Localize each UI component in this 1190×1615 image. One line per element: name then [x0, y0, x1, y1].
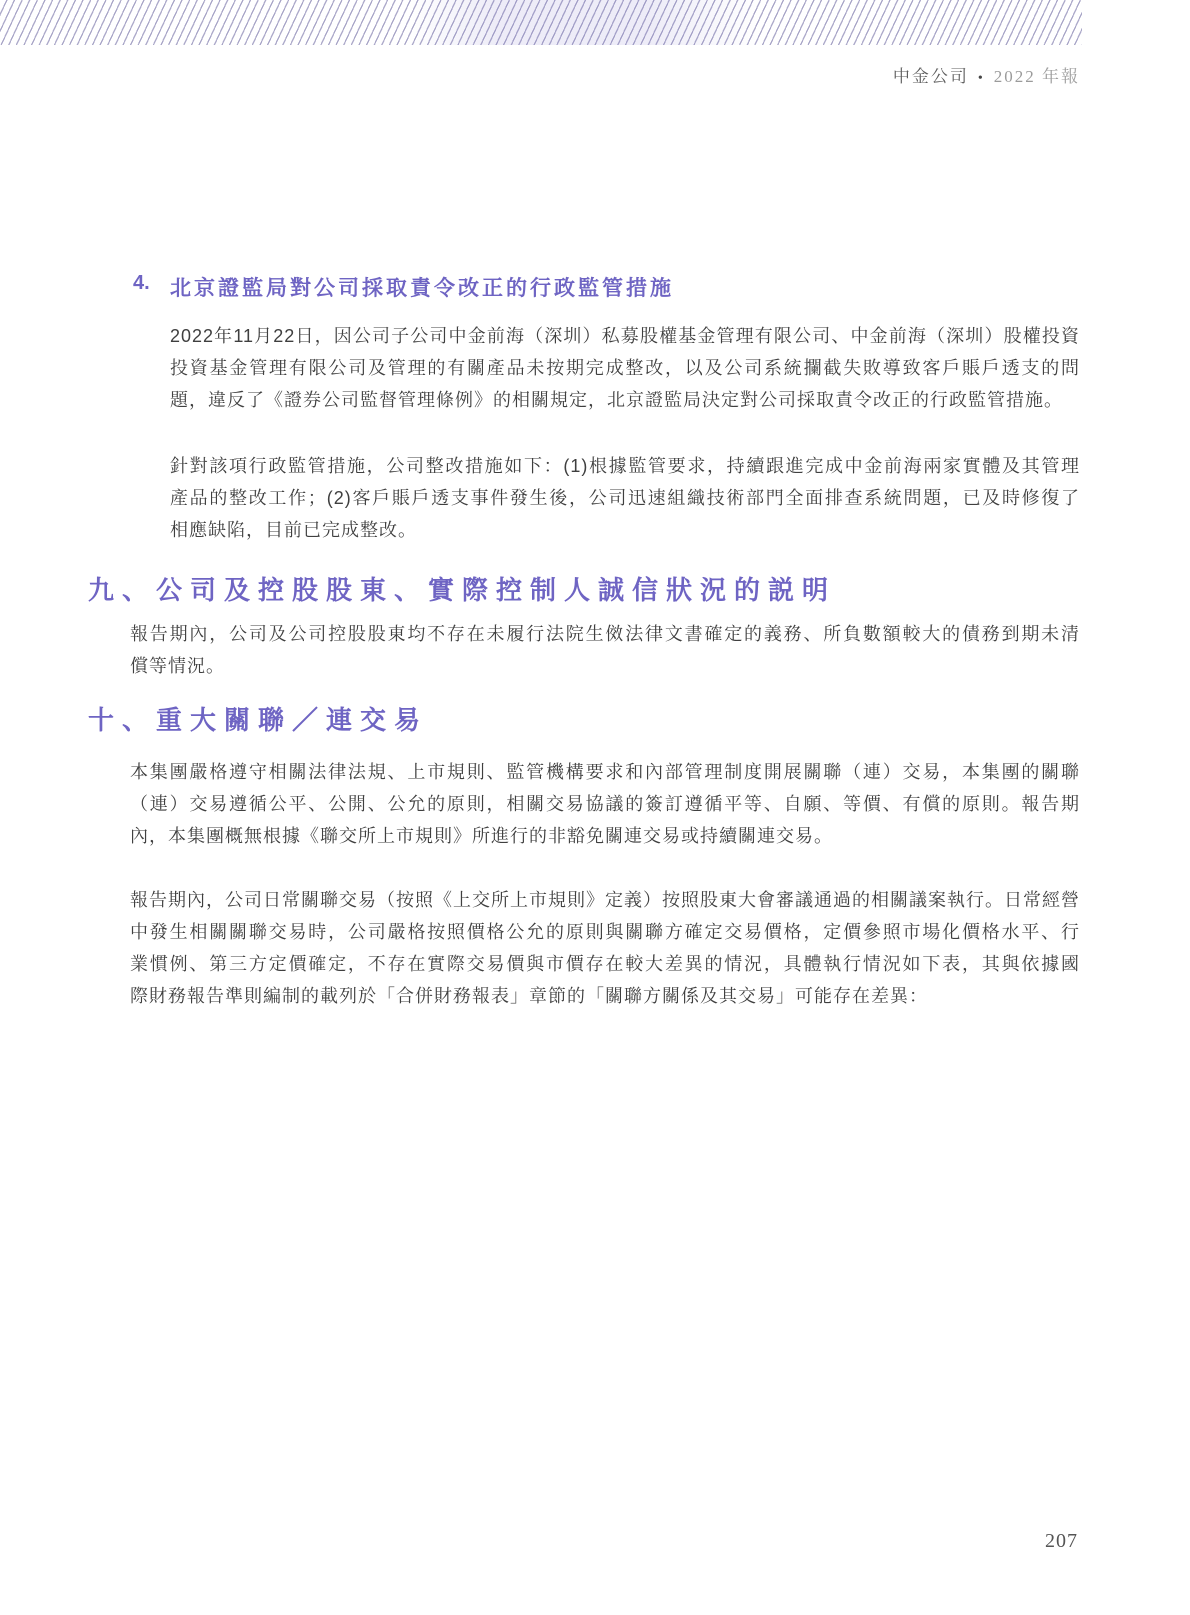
text-line: 題，違反了《證券公司監督管理條例》的相關規定，北京證監局決定對公司採取責令改正的…	[170, 384, 1080, 416]
page-number: 207	[1045, 1530, 1078, 1553]
subsection-title: 北京證監局對公司採取責令改正的行政監管措施	[170, 272, 674, 302]
text-line: 報告期內，公司及公司控股股東均不存在未履行法院生傚法律文書確定的義務、所負數額較…	[130, 618, 1080, 650]
text-line: 2022年11月22日，因公司子公司中金前海（深圳）私募股權基金管理有限公司、中…	[170, 320, 1080, 352]
report-edition: 2022 年報	[994, 67, 1080, 86]
company-name: 中金公司	[893, 67, 969, 86]
hatch-pattern-band	[0, 0, 1082, 45]
text-line: 本集團嚴格遵守相關法律法規、上市規則、監管機構要求和內部管理制度開展關聯（連）交…	[130, 756, 1080, 788]
text-line: 產品的整改工作；(2)客戶賬戶透支事件發生後，公司迅速組織技術部門全面排查系統問…	[170, 482, 1080, 514]
text-line: 報告期內，公司日常關聯交易（按照《上交所上市規則》定義）按照股東大會審議通過的相…	[130, 884, 1080, 916]
paragraph-section4-1: 2022年11月22日，因公司子公司中金前海（深圳）私募股權基金管理有限公司、中…	[170, 320, 1080, 416]
section-nine-heading: 九、公司及控股股東、實際控制人誠信狀況的説明	[88, 570, 1100, 607]
annual-report-page: 中金公司•2022 年報 4. 北京證監局對公司採取責令改正的行政監管措施 20…	[0, 0, 1190, 1615]
paragraph-section10-1: 本集團嚴格遵守相關法律法規、上市規則、監管機構要求和內部管理制度開展關聯（連）交…	[130, 756, 1080, 852]
subsection-4-heading: 4. 北京證監局對公司採取責令改正的行政監管措施	[133, 272, 1080, 302]
text-line: 相應缺陷，目前已完成整改。	[170, 514, 1080, 546]
section-ten-heading: 十、重大關聯／連交易	[88, 700, 1100, 737]
text-line: 內，本集團概無根據《聯交所上市規則》所進行的非豁免關連交易或持續關連交易。	[130, 820, 1080, 852]
text-line: 償等情況。	[130, 650, 1080, 682]
text-line: 際財務報告準則編制的載列於「合併財務報表」章節的「關聯方關係及其交易」可能存在差…	[130, 980, 1080, 1012]
header-bullet: •	[978, 71, 985, 86]
text-line: 業慣例、第三方定價確定，不存在實際交易價與市價存在較大差異的情況，具體執行情況如…	[130, 948, 1080, 980]
paragraph-section9-1: 報告期內，公司及公司控股股東均不存在未履行法院生傚法律文書確定的義務、所負數額較…	[130, 618, 1080, 682]
running-header: 中金公司•2022 年報	[893, 62, 1080, 87]
paragraph-section10-2: 報告期內，公司日常關聯交易（按照《上交所上市規則》定義）按照股東大會審議通過的相…	[130, 884, 1080, 1012]
text-line: 中發生相關關聯交易時，公司嚴格按照價格公允的原則與關聯方確定交易價格，定價參照市…	[130, 916, 1080, 948]
paragraph-section4-2: 針對該項行政監管措施，公司整改措施如下：(1)根據監管要求，持續跟進完成中金前海…	[170, 450, 1080, 546]
text-line: 針對該項行政監管措施，公司整改措施如下：(1)根據監管要求，持續跟進完成中金前海…	[170, 450, 1080, 482]
text-line: （連）交易遵循公平、公開、公允的原則，相關交易協議的簽訂遵循平等、自願、等價、有…	[130, 788, 1080, 820]
subsection-number: 4.	[133, 272, 170, 302]
text-line: 投資基金管理有限公司及管理的有關產品未按期完成整改，以及公司系統攔截失敗導致客戶…	[170, 352, 1080, 384]
